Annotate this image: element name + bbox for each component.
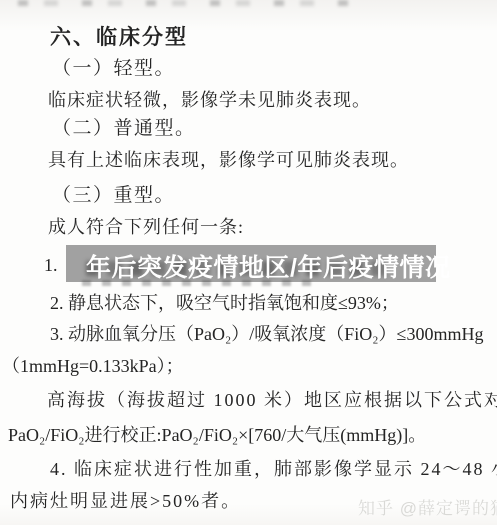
- paragraph-high-altitude: 高海拔（海拔超过 1000 米）地区应根据以下公式对: [47, 390, 497, 412]
- list-item-2: 2. 静息状态下，吸空气时指氧饱和度≤93%；: [50, 293, 399, 315]
- subsection-severe-type: （三）重型。: [52, 185, 175, 208]
- body-line-mild-description: 临床症状轻微，影像学未见肺炎表现。: [48, 90, 371, 112]
- list-item-4-continuation: 内病灶明显进展>50%者。: [10, 491, 241, 513]
- subsection-mild-type: （一）轻型。: [52, 58, 175, 81]
- list-item-1-number: 1.: [44, 255, 58, 277]
- obscured-text-below-banner: [82, 280, 312, 286]
- caption-banner-text: 年后突发疫情地区/年后疫情情况: [86, 248, 450, 284]
- list-item-3-continuation: （1mmHg=0.133kPa）；: [2, 356, 184, 378]
- list-item-3: 3. 动脉血氧分压（PaO₂）/吸氧浓度（FiO₂）≤300mmHg: [50, 324, 483, 346]
- subsection-moderate-type: （二）普通型。: [52, 118, 196, 141]
- paragraph-high-altitude-formula: PaO₂/FiO₂进行校正:PaO₂/FiO₂×[760/大气压(mmHg)]。: [8, 425, 426, 447]
- section-heading: 六、临床分型: [50, 25, 188, 50]
- list-item-4: 4. 临床症状进行性加重，肺部影像学显示 24～48 小时: [50, 459, 497, 481]
- caption-banner: 年后突发疫情地区/年后疫情情况: [66, 245, 436, 282]
- clipped-text-remnant: [18, 0, 348, 6]
- body-line-adult-criteria: 成人符合下列任何一条:: [48, 217, 244, 239]
- body-line-moderate-description: 具有上述临床表现，影像学可见肺炎表现。: [48, 150, 409, 172]
- scanned-document-page: 六、临床分型 （一）轻型。 临床症状轻微，影像学未见肺炎表现。 （二）普通型。 …: [0, 0, 497, 525]
- zhihu-watermark: 知乎 @薛定谔的猫: [358, 494, 497, 519]
